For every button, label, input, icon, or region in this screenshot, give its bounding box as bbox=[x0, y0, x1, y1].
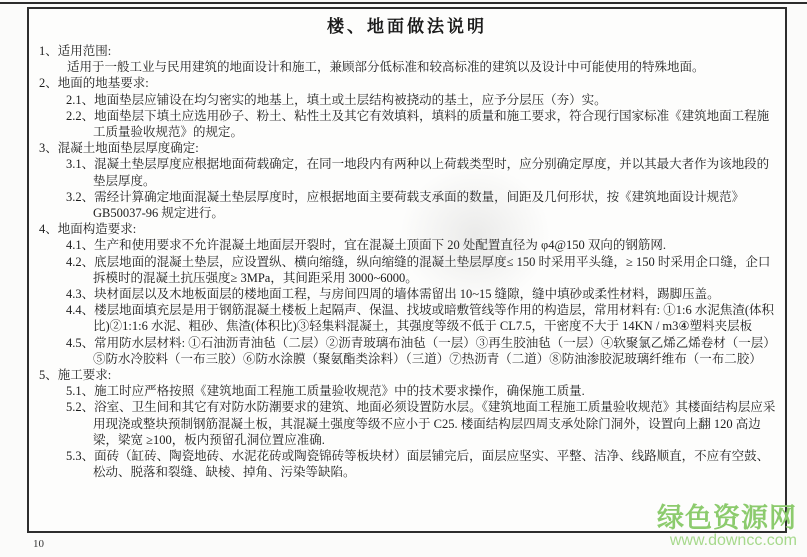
paragraph: 4.5、常用防水层材料: ①石油沥青油毡（二层）②沥青玻璃布油毡（一层）③再生胶… bbox=[33, 335, 777, 367]
document-content: 1、适用范围:适用于一般工业与民用建筑的地面设计和施工，兼顾部分低标准和较高标准… bbox=[29, 42, 785, 480]
paragraph: 3.1、混凝土垫层厚度应根据地面荷载确定，在同一地段内有两种以上荷载类型时，应分… bbox=[33, 156, 777, 188]
watermark-site-name: 绿色资源网 bbox=[657, 504, 797, 532]
paragraph: 2、地面的地基要求: bbox=[33, 75, 777, 91]
paragraph: 2.2、地面垫层下填土应选用砂子、粉土、粘性土及其它有效填料，填料的质量和施工要… bbox=[33, 108, 777, 140]
watermark-site-url: www.downcc.com bbox=[657, 533, 797, 550]
paragraph: 5.1、施工时应严格按照《建筑地面工程施工质量验收规范》中的技术要求操作，确保施… bbox=[33, 383, 777, 399]
paragraph: 2.1、地面垫层应铺设在均匀密实的地基上，填土或土层结构被挠动的基土，应予分层压… bbox=[33, 92, 777, 108]
paragraph: 4.2、底层地面的混凝土垫层，应设置纵、横向缩缝，纵向缩缝的混凝土垫层厚度≤ 1… bbox=[33, 254, 777, 286]
paragraph: 4.4、楼层地面填充层是用于钢筋混凝土楼板上起隔声、保温、找坡或暗敷管线等作用的… bbox=[33, 302, 777, 334]
paragraph: 5、施工要求: bbox=[33, 367, 777, 383]
paragraph: 4.3、块材面层以及木地板面层的楼地面工程，与房间四周的墙体需留出 10~15 … bbox=[33, 286, 777, 302]
page-title: 楼、地面做法说明 bbox=[29, 12, 785, 37]
paragraph: 适用于一般工业与民用建筑的地面设计和施工，兼顾部分低标准和较高标准的建筑以及设计… bbox=[33, 59, 777, 75]
paragraph: 3.2、需经计算确定地面混凝土垫层厚度时，应根据地面主要荷载支承面的数量，间距及… bbox=[33, 189, 777, 221]
paragraph: 5.2、浴室、卫生间和其它有对防水防潮要求的建筑、地面必须设置防水层。《建筑地面… bbox=[33, 399, 777, 448]
paragraph: 1、适用范围: bbox=[33, 43, 777, 59]
paragraph: 4、地面构造要求: bbox=[33, 221, 777, 237]
paragraph: 3、混凝土地面垫层厚度确定: bbox=[33, 140, 777, 156]
top-rule bbox=[0, 2, 807, 4]
paragraph: 4.1、生产和使用要求不允许混凝土地面层开裂时，宜在混凝土顶面下 20 处配置直… bbox=[33, 237, 777, 253]
site-watermark: 绿色资源网 www.downcc.com bbox=[657, 504, 797, 550]
page-number: 10 bbox=[33, 538, 44, 550]
document-frame: 楼、地面做法说明 1、适用范围:适用于一般工业与民用建筑的地面设计和施工，兼顾部… bbox=[27, 7, 787, 533]
paragraph: 5.3、面砖（缸砖、陶瓷地砖、水泥花砖或陶瓷锦砖等板块材）面层铺完后，面层应坚实… bbox=[33, 448, 777, 480]
